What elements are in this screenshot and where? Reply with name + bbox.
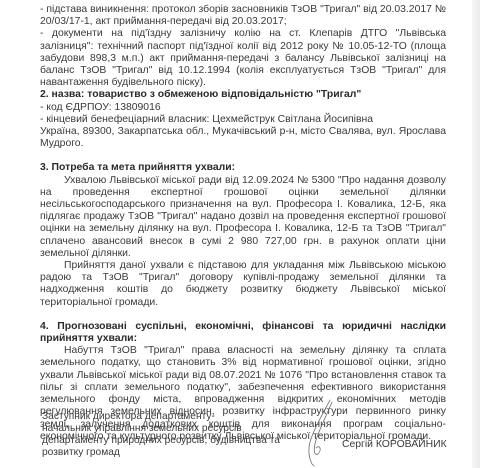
spacer bbox=[40, 309, 446, 321]
position-line-3: департаменту природних ресурсів, будівни… bbox=[42, 435, 282, 447]
section-3-heading: 3. Потреба та мета прийняття ухвали: bbox=[40, 162, 446, 174]
handwritten-signature-icon bbox=[300, 398, 340, 468]
basis-line-1: - підстава виникнення: протокол зборів з… bbox=[40, 4, 446, 28]
position-line-2: начальник управління земельних ресурсів bbox=[42, 423, 282, 435]
beneficiary-owner: - кінцевий бенефеціарний власник: Цехмей… bbox=[40, 114, 446, 126]
section-4-heading: 4. Прогнозовані суспільні, економічні, ф… bbox=[40, 321, 446, 345]
basis-line-2: - документи на під'їздну залізничу колію… bbox=[40, 28, 446, 89]
section-3-paragraph-2: Прийняття даної ухвали є підставою для у… bbox=[40, 260, 446, 309]
scan-edge bbox=[472, 0, 480, 468]
position-line-4: розвитку громад bbox=[42, 447, 282, 459]
signer-name: Сергій КОРОВАЙНИК bbox=[342, 439, 447, 450]
signatory-position: Заступник директора департаменту- началь… bbox=[42, 411, 282, 459]
edrpou-code: - код ЄДРПОУ: 13809016 bbox=[40, 102, 446, 114]
position-line-1: Заступник директора департаменту- bbox=[42, 411, 282, 423]
section-3-paragraph-1: Ухвалою Львівської міської ради від 12.0… bbox=[40, 175, 446, 260]
document-body: - підстава виникнення: протокол зборів з… bbox=[40, 4, 446, 443]
section-2-heading: 2. назва: товариство з обмеженою відпові… bbox=[40, 89, 446, 101]
beneficiary-address: Україна, 89300, Закарпатська обл., Мукач… bbox=[40, 126, 446, 150]
document-page: - підстава виникнення: протокол зборів з… bbox=[0, 0, 480, 468]
spacer bbox=[40, 150, 446, 162]
